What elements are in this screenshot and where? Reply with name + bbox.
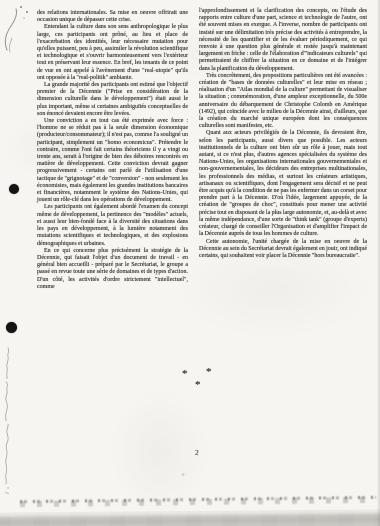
hole-punch-dot-upper	[9, 184, 19, 194]
paragraph: Les participants ont également abordé l'…	[37, 204, 188, 247]
asterisk-mark: *	[206, 369, 212, 375]
page-number: 2	[195, 448, 199, 457]
scanned-document-page: des relations internationales. Sa mise e…	[0, 0, 380, 526]
left-text-column: des relations internationales. Sa mise e…	[37, 10, 188, 291]
asterisk-mark: *	[182, 371, 188, 377]
paragraph: En ce qui concerne plus précisément la s…	[37, 248, 188, 291]
paragraph: Entendant la culture dans son sens anthr…	[37, 24, 188, 82]
hole-punch-dot-lower	[6, 322, 17, 333]
right-text-column: l'approfondissement et la clarification …	[199, 8, 367, 260]
margin-handwriting-scribble	[0, 346, 14, 498]
paragraph: Une conviction a en tout cas été exprimé…	[37, 118, 188, 204]
paragraph: l'approfondissement et la clarification …	[199, 8, 367, 73]
paragraph: Cette autonomie, l'unité chargée de la m…	[199, 239, 367, 261]
paragraph: La grande majorité des participants ont …	[37, 82, 188, 118]
paragraph: Très concrètement, des propositions part…	[199, 73, 367, 131]
faint-plus-mark: +	[181, 471, 185, 479]
paragraph: Quant aux acteurs privilégiés de la Déce…	[199, 130, 367, 238]
pencil-scribble-topleft	[0, 2, 36, 56]
asterisk-mark: *	[195, 382, 201, 388]
scan-edge-gray-band	[0, 509, 380, 526]
paragraph: des relations internationales. Sa mise e…	[37, 10, 188, 24]
bleed-through-smudge-line	[20, 495, 376, 507]
